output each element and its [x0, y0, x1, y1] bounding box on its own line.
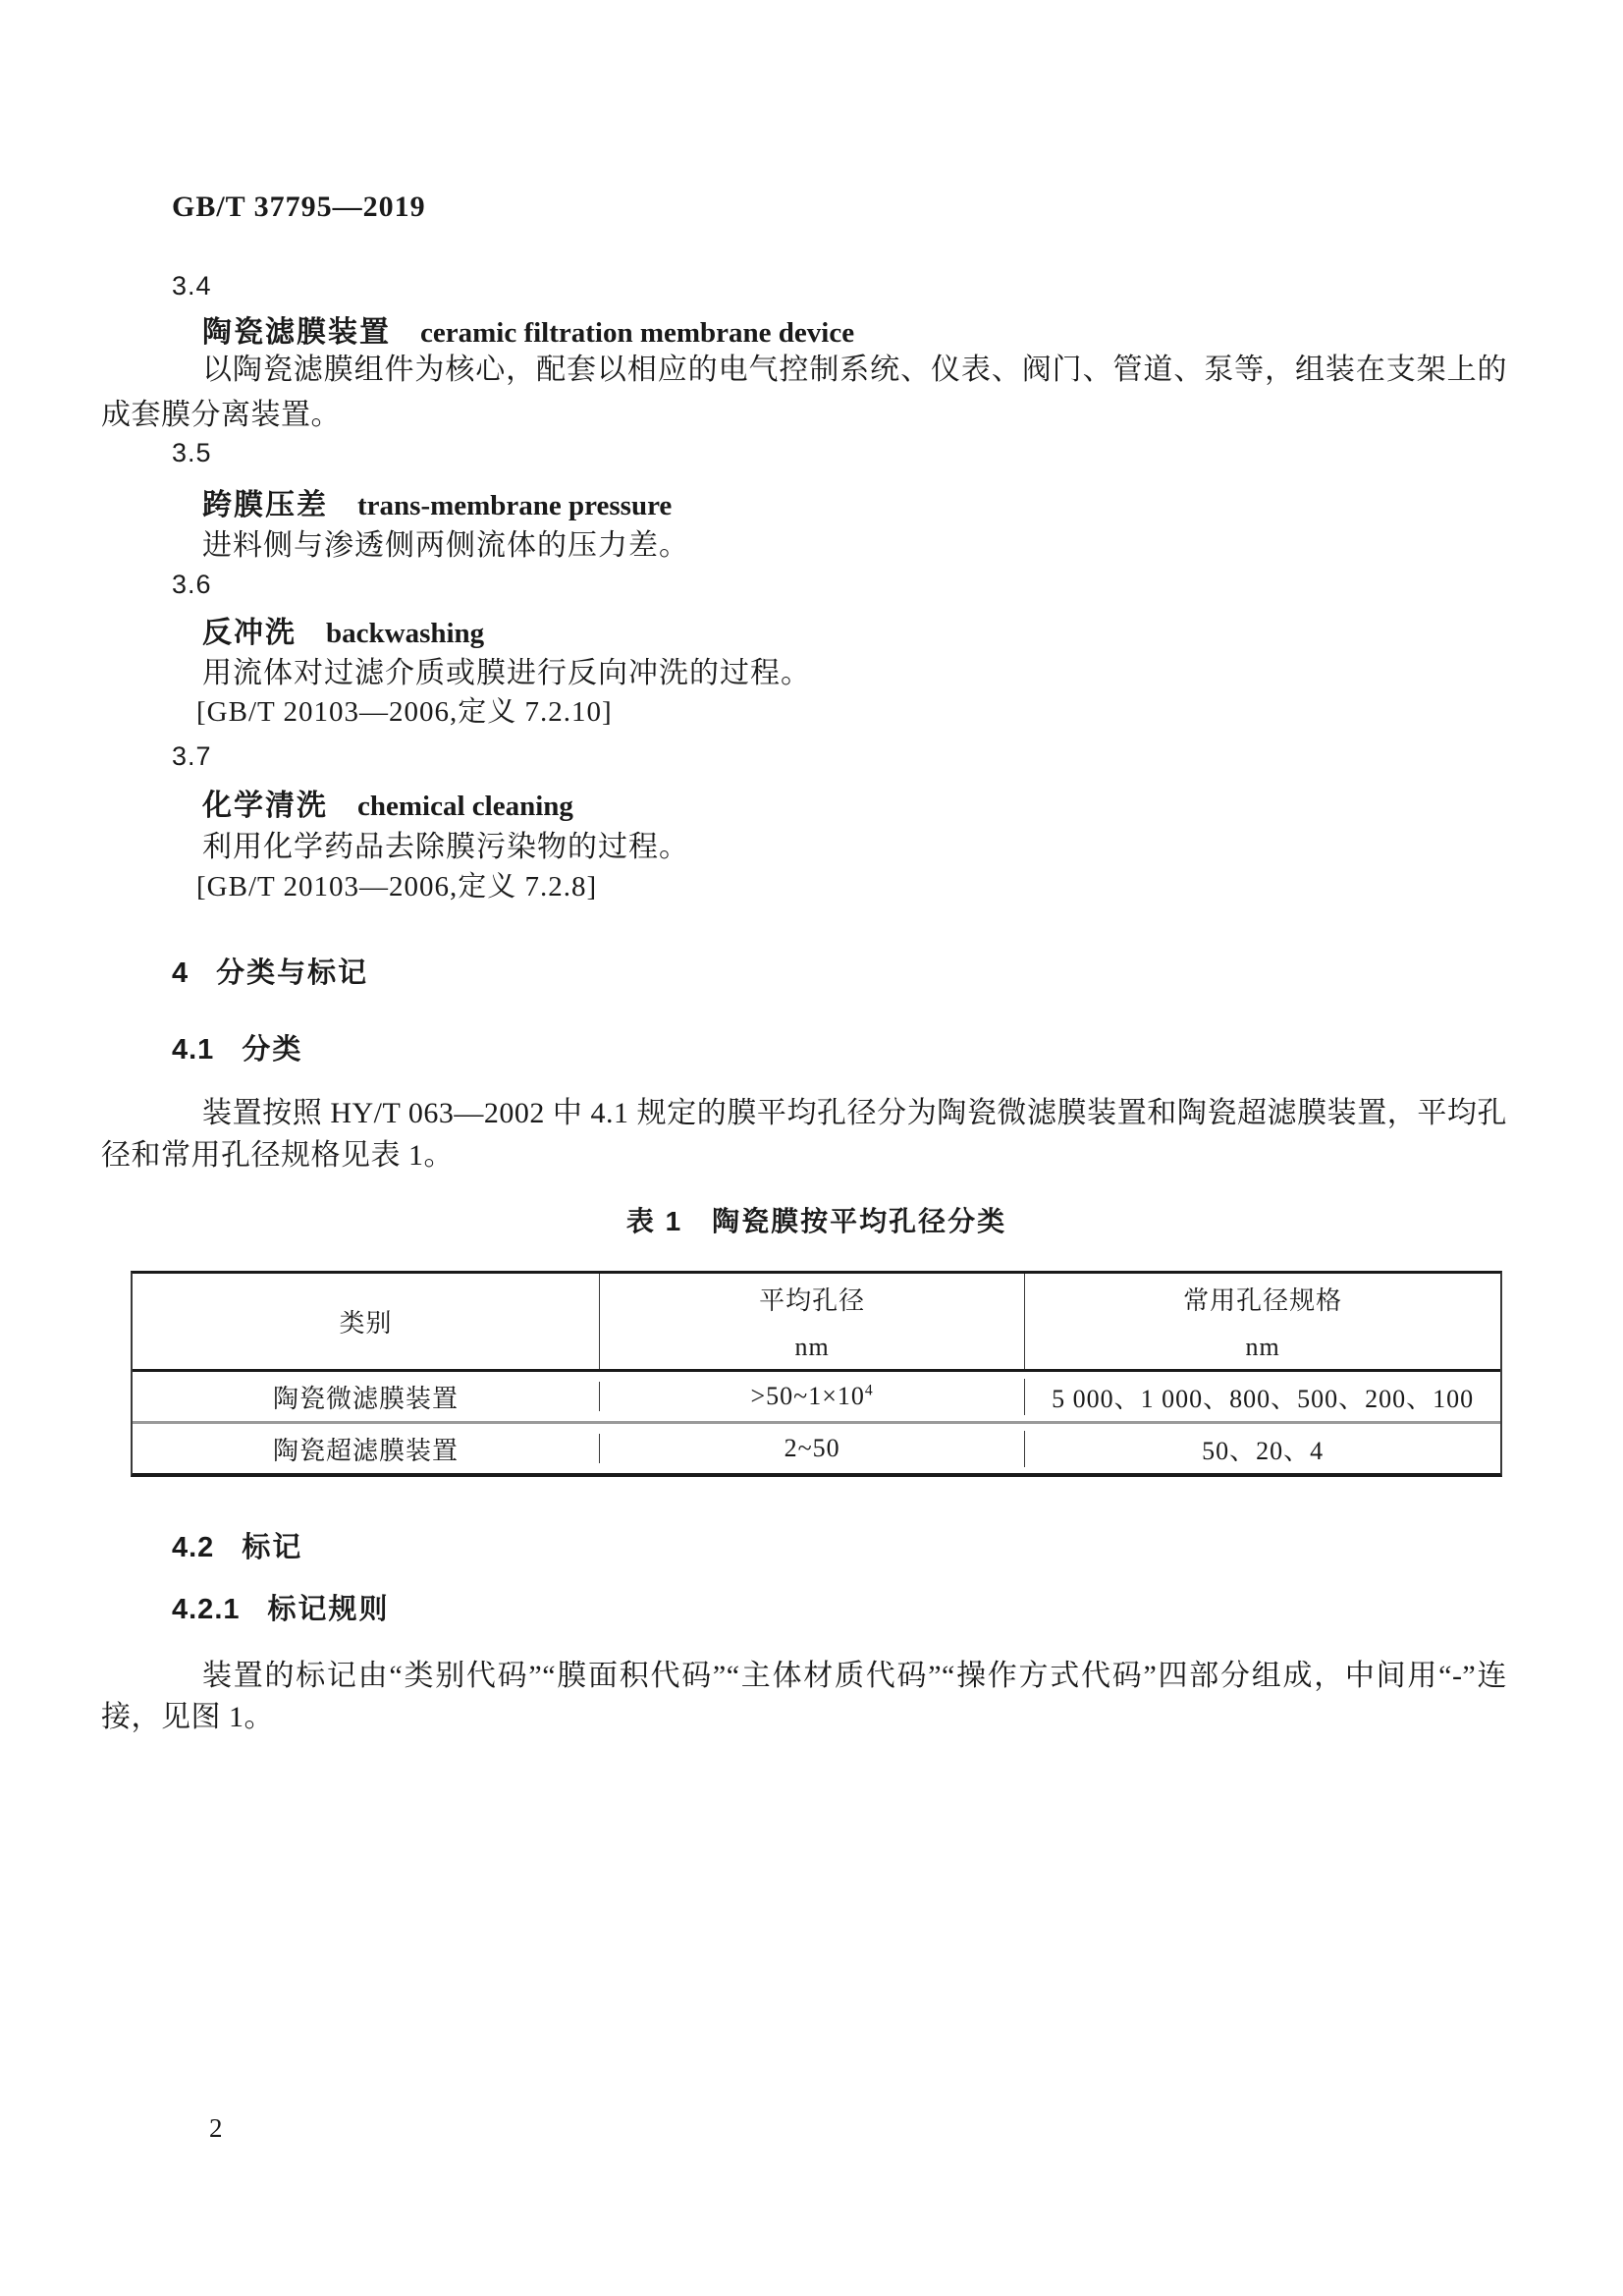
section-title: 标记 — [242, 1532, 302, 1563]
section-title: 分类与标记 — [216, 957, 368, 989]
term-source-3-6: [GB/T 20103—2006,定义 7.2.10] — [196, 689, 613, 730]
table1: 类别 平均孔径 nm 常用孔径规格 nm 陶瓷微滤膜装置 >50~1×104 5… — [131, 1271, 1502, 1477]
paragraph-4-1: 装置按照 HY/T 063—2002 中 4.1 规定的膜平均孔径分为陶瓷微滤膜… — [101, 1092, 1507, 1176]
term-definition-3-6: 用流体对过滤介质或膜进行反向冲洗的过程。 — [202, 648, 811, 691]
term-english: trans-membrane pressure — [357, 490, 672, 521]
term-chinese: 化学清洗 — [202, 790, 328, 822]
header-unit: nm — [600, 1333, 1024, 1362]
clause-number-3-6: 3.6 — [172, 570, 212, 600]
clause-number-3-5: 3.5 — [172, 438, 212, 468]
header-label: 平均孔径 — [600, 1281, 1024, 1317]
cell-avg-pore: 2~50 — [599, 1434, 1024, 1463]
table1-header-specs: 常用孔径规格 nm — [1024, 1274, 1500, 1369]
pore-value: 2~50 — [784, 1434, 840, 1462]
table1-header-avg-pore: 平均孔径 nm — [599, 1274, 1024, 1369]
term-source-3-7: [GB/T 20103—2006,定义 7.2.8] — [196, 864, 597, 904]
section-number: 4.1 — [172, 1034, 214, 1066]
table1-header-category: 类别 — [133, 1274, 599, 1369]
standard-document-page: GB/T 37795—2019 3.4 陶瓷滤膜装置ceramic filtra… — [0, 0, 1623, 2296]
term-definition-3-7: 利用化学药品去除膜污染物的过程。 — [202, 822, 689, 865]
cell-avg-pore: >50~1×104 — [599, 1382, 1024, 1411]
term-chinese: 反冲洗 — [202, 617, 297, 649]
term-heading-3-7: 化学清洗chemical cleaning — [202, 781, 573, 824]
table1-header-row: 类别 平均孔径 nm 常用孔径规格 nm — [133, 1274, 1500, 1372]
section-heading-4: 4分类与标记 — [172, 951, 368, 991]
clause-number-3-7: 3.7 — [172, 741, 212, 772]
table1-caption: 表 1 陶瓷膜按平均孔径分类 — [131, 1200, 1502, 1239]
term-english: ceramic filtration membrane device — [420, 317, 854, 349]
page-number: 2 — [209, 2113, 223, 2144]
section-number: 4.2.1 — [172, 1594, 241, 1625]
section-title: 标记规则 — [268, 1594, 390, 1625]
pore-exponent: 4 — [865, 1382, 874, 1398]
term-heading-3-6: 反冲洗backwashing — [202, 608, 484, 651]
term-heading-3-4: 陶瓷滤膜装置ceramic filtration membrane device — [202, 307, 854, 351]
pore-value: >50~1×10 — [751, 1382, 865, 1410]
section-heading-4-2-1: 4.2.1标记规则 — [172, 1587, 390, 1627]
header-label: 常用孔径规格 — [1025, 1281, 1500, 1317]
cell-category: 陶瓷超滤膜装置 — [133, 1431, 599, 1467]
term-english: backwashing — [326, 618, 484, 649]
cell-category: 陶瓷微滤膜装置 — [133, 1379, 599, 1415]
term-english: chemical cleaning — [357, 791, 573, 822]
term-chinese: 跨膜压差 — [202, 489, 328, 521]
paragraph-4-2-1: 装置的标记由“类别代码”“膜面积代码”“主体材质代码”“操作方式代码”四部分组成… — [101, 1656, 1507, 1738]
term-definition-3-4: 以陶瓷滤膜组件为核心，配套以相应的电气控制系统、仪表、阀门、管道、泵等，组装在支… — [101, 348, 1507, 438]
section-number: 4.2 — [172, 1532, 214, 1563]
section-title: 分类 — [242, 1034, 302, 1066]
clause-number-3-4: 3.4 — [172, 271, 212, 301]
cell-specs: 50、20、4 — [1024, 1431, 1500, 1467]
table-row: 陶瓷超滤膜装置 2~50 50、20、4 — [133, 1424, 1500, 1473]
section-number: 4 — [172, 957, 189, 989]
header-unit: nm — [1025, 1333, 1500, 1362]
header-label: 类别 — [133, 1303, 599, 1339]
section-heading-4-2: 4.2标记 — [172, 1525, 302, 1565]
term-definition-3-5: 进料侧与渗透侧两侧流体的压力差。 — [202, 520, 689, 564]
document-code: GB/T 37795—2019 — [172, 191, 426, 224]
term-heading-3-5: 跨膜压差trans-membrane pressure — [202, 480, 672, 523]
section-heading-4-1: 4.1分类 — [172, 1027, 302, 1067]
table-row: 陶瓷微滤膜装置 >50~1×104 5 000、1 000、800、500、20… — [133, 1372, 1500, 1424]
cell-specs: 5 000、1 000、800、500、200、100 — [1024, 1379, 1500, 1415]
term-chinese: 陶瓷滤膜装置 — [202, 316, 391, 349]
